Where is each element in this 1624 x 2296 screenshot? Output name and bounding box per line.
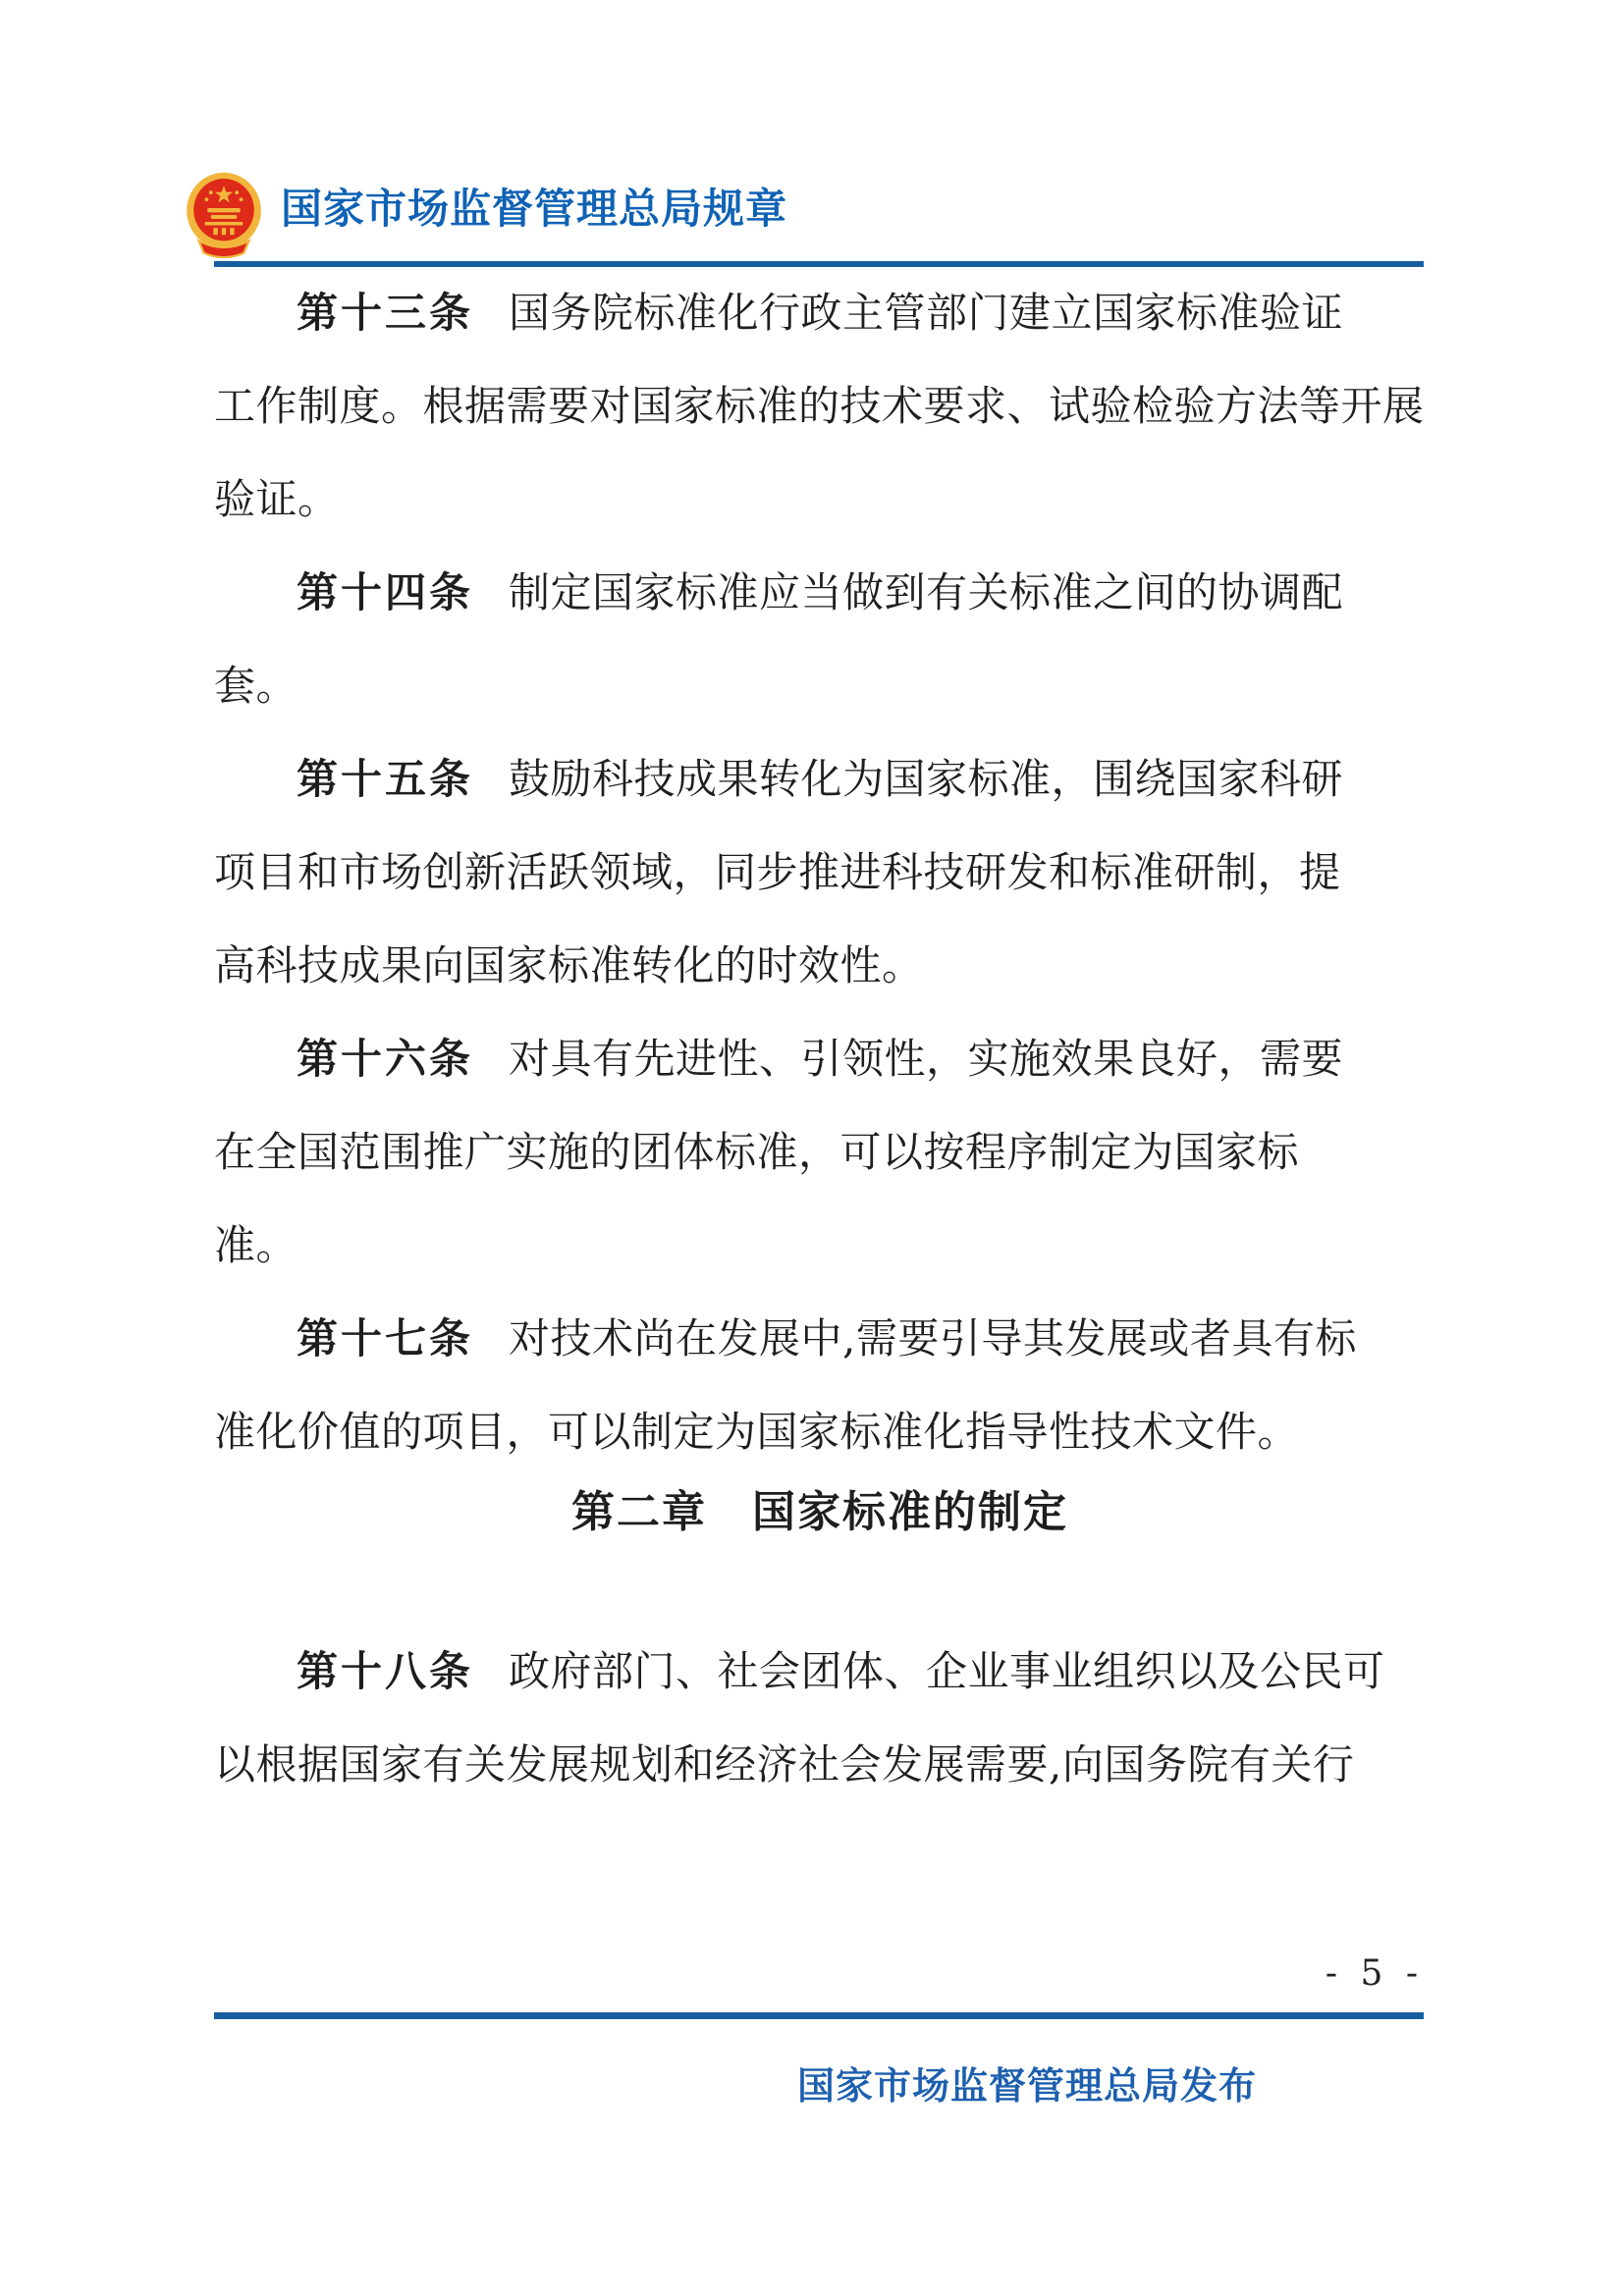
line-text: 工作制度。根据需要对国家标准的技术要求、试验检验方法等开展 (214, 374, 1425, 433)
document-line: 套。 (214, 636, 1426, 729)
document-line: 以根据国家有关发展规划和经济社会发展需要,向国务院有关行 (214, 1715, 1426, 1808)
line-text: 准。 (214, 1213, 298, 1272)
line-text: 政府部门、社会团体、企业事业组织以及公民可 (509, 1639, 1385, 1698)
footer-publisher: 国家市场监督管理总局发布 (797, 2056, 1257, 2109)
document-line: 第十八条政府部门、社会团体、企业事业组织以及公民可 (214, 1622, 1426, 1715)
document-body-continued: 第十八条政府部门、社会团体、企业事业组织以及公民可 以根据国家有关发展规划和经济… (214, 1622, 1426, 1808)
document-line: 准。 (214, 1196, 1426, 1289)
line-text: 高科技成果向国家标准转化的时效性。 (214, 934, 924, 992)
line-text: 制定国家标准应当做到有关标准之间的协调配 (509, 561, 1343, 619)
document-page: 国家市场监督管理总局规章 第十三条国务院标准化行政主管部门建立国家标准验证 工作… (0, 0, 1624, 2296)
document-line: 工作制度。根据需要对国家标准的技术要求、试验检验方法等开展 (214, 356, 1426, 450)
document-line: 第十五条鼓励科技成果转化为国家标准，围绕国家科研 (214, 729, 1426, 823)
line-text: 对技术尚在发展中,需要引导其发展或者具有标 (509, 1307, 1357, 1365)
article-number-label: 第十三条 (297, 281, 473, 340)
chapter-heading: 第二章 国家标准的制定 (214, 1470, 1426, 1544)
line-text: 国务院标准化行政主管部门建立国家标准验证 (509, 281, 1343, 340)
document-line: 准化价值的项目，可以制定为国家标准化指导性技术文件。 (214, 1382, 1426, 1475)
document-line: 第十四条制定国家标准应当做到有关标准之间的协调配 (214, 543, 1426, 636)
page-number: - 5 - (1326, 1953, 1424, 1994)
article-number-label: 第十四条 (297, 561, 473, 619)
document-line: 第十六条对具有先进性、引领性，实施效果良好，需要 (214, 1009, 1426, 1102)
line-text: 项目和市场创新活跃领域，同步推进科技研发和标准研制，提 (214, 840, 1341, 899)
line-text: 在全国范围推广实施的团体标准，可以按程序制定为国家标 (214, 1120, 1299, 1179)
article-number-label: 第十七条 (297, 1307, 473, 1365)
document-body: 第十三条国务院标准化行政主管部门建立国家标准验证 工作制度。根据需要对国家标准的… (214, 263, 1426, 1475)
line-text: 准化价值的项目，可以制定为国家标准化指导性技术文件。 (214, 1400, 1299, 1459)
document-line: 第十三条国务院标准化行政主管部门建立国家标准验证 (214, 263, 1426, 356)
document-line: 在全国范围推广实施的团体标准，可以按程序制定为国家标 (214, 1102, 1426, 1196)
line-text: 验证。 (214, 467, 340, 526)
page-header-title: 国家市场监督管理总局规章 (281, 188, 787, 230)
line-text: 套。 (214, 654, 298, 713)
document-line: 项目和市场创新活跃领域，同步推进科技研发和标准研制，提 (214, 823, 1426, 916)
article-number-label: 第十六条 (297, 1027, 473, 1086)
footer-divider (214, 2012, 1424, 2019)
line-text: 鼓励科技成果转化为国家标准，围绕国家科研 (509, 747, 1343, 806)
article-number-label: 第十五条 (297, 747, 473, 806)
china-national-emblem-icon (185, 172, 263, 258)
article-number-label: 第十八条 (297, 1639, 473, 1698)
document-line: 第十七条对技术尚在发展中,需要引导其发展或者具有标 (214, 1289, 1426, 1382)
line-text: 对具有先进性、引领性，实施效果良好，需要 (509, 1027, 1343, 1086)
line-text: 以根据国家有关发展规划和经济社会发展需要,向国务院有关行 (214, 1733, 1354, 1791)
document-line: 验证。 (214, 450, 1426, 543)
document-line: 高科技成果向国家标准转化的时效性。 (214, 916, 1426, 1009)
